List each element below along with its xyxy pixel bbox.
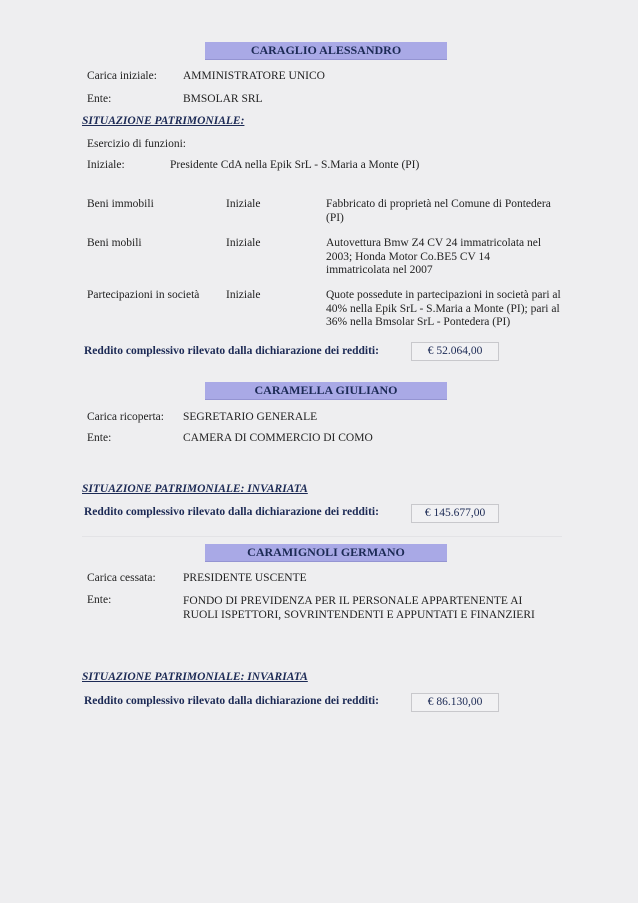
asset-description: Autovettura Bmw Z4 CV 24 immatricolata n… [326,237,556,278]
person-name-header: CARAGLIO ALESSANDRO [205,42,447,60]
divider [82,536,562,537]
asset-status: Iniziale [226,198,260,210]
entity-label: Ente: [87,93,111,105]
income-value: € 86.130,00 [411,693,499,712]
section-title: SITUAZIONE PATRIMONIALE: INVARIATA [82,483,308,495]
income-value: € 52.064,00 [411,342,499,361]
entity-value: CAMERA DI COMMERCIO DI COMO [183,432,373,444]
income-label: Reddito complessivo rilevato dalla dichi… [84,506,379,518]
income-value: € 145.677,00 [411,504,499,523]
section-title: SITUAZIONE PATRIMONIALE: [82,115,244,127]
initial-label: Iniziale: [87,159,125,171]
asset-type: Partecipazioni in società [87,289,199,301]
entity-value: BMSOLAR SRL [183,93,263,105]
income-label: Reddito complessivo rilevato dalla dichi… [84,345,379,357]
role-label: Carica iniziale: [87,70,157,82]
role-value: SEGRETARIO GENERALE [183,411,317,423]
person-name-header: CARAMIGNOLI GERMANO [205,544,447,562]
entity-label: Ente: [87,432,111,444]
asset-type: Beni immobili [87,198,154,210]
asset-description: Fabbricato di proprietà nel Comune di Po… [326,198,561,225]
entity-label: Ente: [87,594,111,606]
role-label: Carica cessata: [87,572,156,584]
functions-label: Esercizio di funzioni: [87,138,186,150]
initial-value: Presidente CdA nella Epik SrL - S.Maria … [170,159,419,171]
asset-type: Beni mobili [87,237,142,249]
person-name-header: CARAMELLA GIULIANO [205,382,447,400]
asset-status: Iniziale [226,237,260,249]
entity-value: FONDO DI PREVIDENZA PER IL PERSONALE APP… [183,594,553,622]
income-label: Reddito complessivo rilevato dalla dichi… [84,695,379,707]
role-value: AMMINISTRATORE UNICO [183,70,325,82]
role-label: Carica ricoperta: [87,411,164,423]
asset-status: Iniziale [226,289,260,301]
role-value: PRESIDENTE USCENTE [183,572,307,584]
asset-description: Quote possedute in partecipazioni in soc… [326,289,561,330]
section-title: SITUAZIONE PATRIMONIALE: INVARIATA [82,671,308,683]
